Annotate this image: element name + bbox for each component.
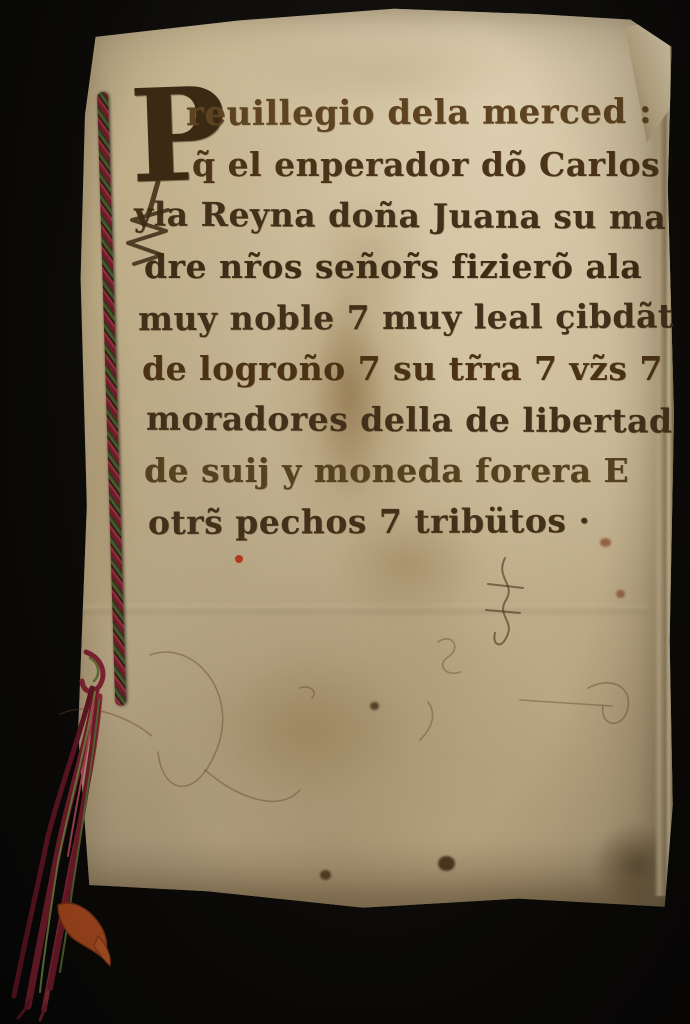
tassel-tip — [58, 903, 107, 959]
manuscript-line: reuillegio dela merced : — [186, 87, 628, 140]
spot-red-wax — [235, 555, 243, 563]
spot-rust-2 — [616, 590, 625, 598]
manuscript-text: P reuillegio dela merced : q̃ el enperad… — [128, 88, 628, 547]
manuscript-line: q̃ el enperador dõ Carlos — [192, 139, 628, 190]
manuscript-line: de logroño 7 su tr̃ra 7 vz̃s 7 — [142, 343, 628, 394]
manuscript-line: otrs̃ pechos 7 tribütos · — [148, 495, 628, 548]
manuscript-line: muy noble 7 muy leal çibdãt — [138, 291, 628, 345]
spot-dark-2 — [320, 870, 331, 880]
manuscript-line: moradores della de libertad — [146, 393, 628, 447]
manuscript-line: dre nr̃os señor̃s fizierõ ala — [144, 241, 628, 292]
manuscript-line: de suij y moneda forera E — [144, 445, 628, 496]
stain-bottom-band — [72, 842, 652, 906]
spot-dark-3 — [370, 702, 379, 710]
manuscript-photograph: P reuillegio dela merced : q̃ el enperad… — [0, 0, 690, 1024]
manuscript-line: yla Reyna doña Juana su ma — [134, 188, 628, 242]
spot-dark-1 — [438, 856, 455, 871]
stain-bottom-center — [202, 654, 412, 804]
